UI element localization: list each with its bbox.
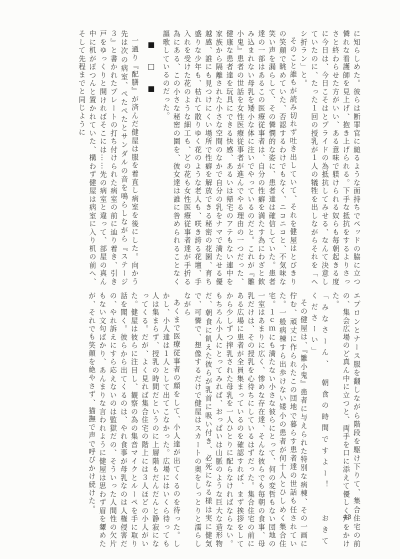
- paragraph: そのこと誰もが読み切れず吐き出していて、それを健屋はとびきりの笑顔で眺めていた、…: [161, 30, 299, 286]
- paragraph-dialogue: 「みなさーん、 朝食の時間ですよー！ おきてくださーい」: [309, 292, 330, 548]
- scanned-page: に知らしめた。彼らは断罪官に縋るような面持ちでベッドの脇に立つ憐れな看護師を見上…: [0, 0, 400, 559]
- section-divider: ■□■: [145, 30, 156, 286]
- paragraph-new-section: 一通り『配膳』が済んだ健屋は服を着直し病室を後にした。向かう先は次の病室、ぺたぺ…: [77, 30, 141, 286]
- paragraph-continuation: エプロンとナース服を翻しながら階段を駆け下りて、集合住宅の前の、集会広場のど真ん…: [330, 292, 362, 548]
- page-number: 43: [343, 513, 352, 521]
- paragraph: あくまで医療従事者の顔をして、小人達が出てくるのを待った。しかし、小人達は１人と…: [87, 292, 182, 548]
- bottom-text-block: エプロンとナース服を翻しながら階段を駆け下りて、集合住宅の前の、集会広場のど真ん…: [55, 292, 362, 548]
- section-divider-symbols: ■□■: [147, 40, 156, 106]
- paragraph-continuation: に知らしめた。彼らは断罪官に縋るような面持ちでベッドの脇に立つ憐れな看護師を見上…: [298, 30, 362, 286]
- paragraph: その健屋は、『雛小鬼』患者に与えられた特別な病棟、その一画に佇む、頑丈に作られた…: [182, 292, 309, 548]
- top-text-block: に知らしめた。彼らは断罪官に縋るような面持ちでベッドの脇に立つ憐れな看護師を見上…: [55, 30, 362, 286]
